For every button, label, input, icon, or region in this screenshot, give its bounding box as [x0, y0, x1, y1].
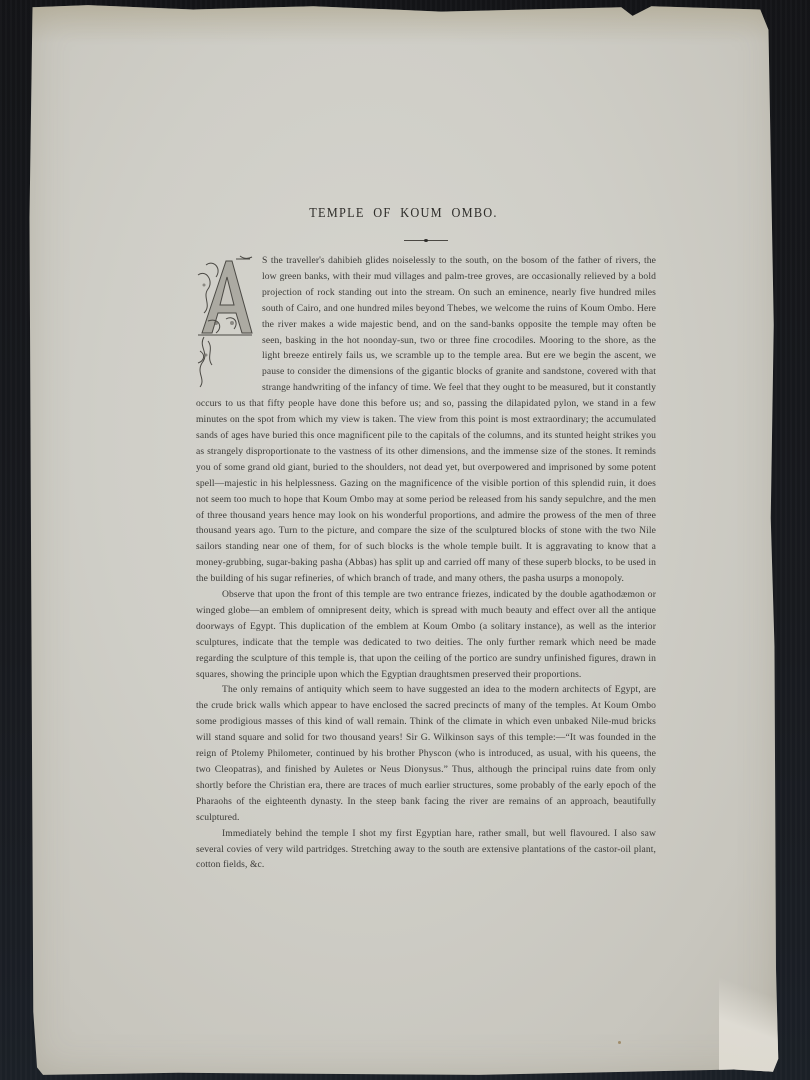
printed-page-sheet: TEMPLE OF KOUM OMBO.	[28, 3, 779, 1076]
drop-cap-letter-a-icon	[196, 255, 254, 390]
paragraph-1: S the traveller's dahibieh glides noisel…	[196, 253, 656, 587]
ornament-dot	[424, 239, 428, 242]
paragraph-2: Observe that upon the front of this temp…	[196, 587, 656, 682]
foxing-spot	[618, 1041, 621, 1044]
paragraph-3: The only remains of antiquity which seem…	[196, 682, 656, 825]
paragraph-1-text: S the traveller's dahibieh glides noisel…	[196, 255, 656, 584]
page-title: TEMPLE OF KOUM OMBO.	[73, 206, 734, 222]
title-ornament-rule	[404, 239, 448, 242]
article-body: S the traveller's dahibieh glides noisel…	[196, 253, 656, 873]
paragraph-4: Immediately behind the temple I shot my …	[196, 826, 656, 874]
illuminated-drop-cap	[196, 255, 254, 390]
